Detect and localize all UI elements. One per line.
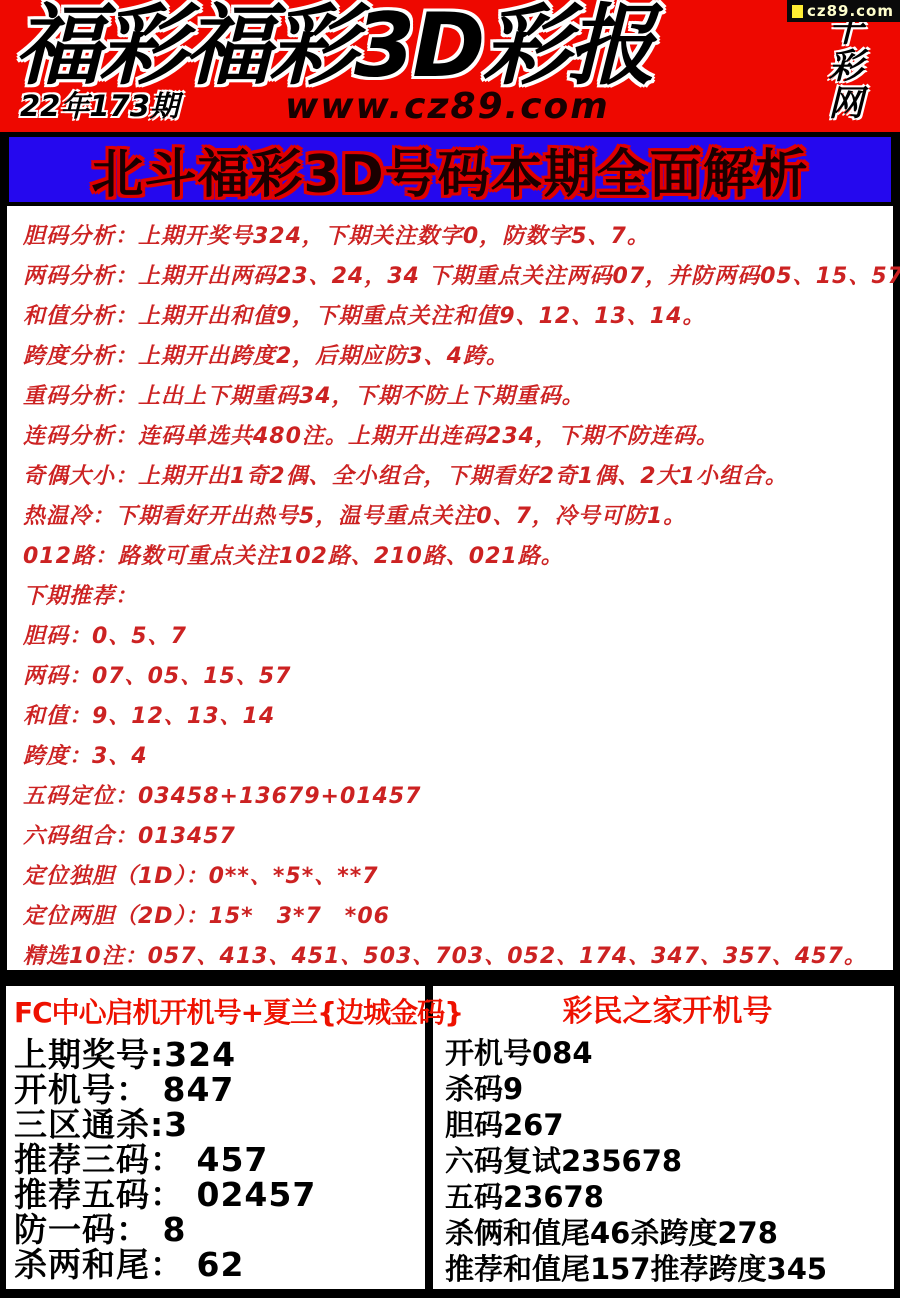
analysis-line: 五码定位：03458+13679+01457 — [23, 777, 887, 817]
fc-line: 上期奖号:324 — [14, 1037, 423, 1072]
vertical-site-name: 千 彩 网 — [816, 12, 876, 123]
caimin-column: 彩民之家开机号 开机号084 杀码9 胆码267 六码复试235678 五码23… — [433, 986, 894, 1289]
banner-title: 北斗福彩3D号码本期全面解析 — [91, 132, 808, 207]
analysis-line: 奇偶大小：上期开出1奇2偶、全小组合，下期看好2奇1偶、2大1小组合。 — [23, 457, 887, 497]
badge-square-icon — [792, 5, 803, 18]
site-badge: cz89.com — [787, 0, 900, 22]
caimin-line: 推荐和值尾157推荐跨度345 — [445, 1251, 890, 1287]
analysis-line: 跨度分析：上期开出跨度2，后期应防3、4跨。 — [23, 337, 887, 377]
fc-column-header: FC中心启机开机号+夏兰{边城金码} — [14, 989, 423, 1037]
analysis-line: 跨度：3、4 — [23, 737, 887, 777]
fc-line: 推荐三码： 457 — [14, 1142, 423, 1177]
analysis-line: 定位独胆（1D）：0**、*5*、**7 — [23, 857, 887, 897]
caimin-line: 杀俩和值尾46杀跨度278 — [445, 1215, 890, 1251]
analysis-line: 连码分析：连码单选共480注。上期开出连码234，下期不防连码。 — [23, 417, 887, 457]
analysis-line: 012路：路数可重点关注102路、210路、021路。 — [23, 537, 887, 577]
caimin-line: 六码复试235678 — [445, 1143, 890, 1179]
section-banner: 北斗福彩3D号码本期全面解析 — [5, 133, 895, 206]
caimin-line: 开机号084 — [445, 1035, 890, 1071]
fc-line: 三区通杀:3 — [14, 1107, 423, 1142]
fc-line: 推荐五码： 02457 — [14, 1177, 423, 1212]
caimin-column-header: 彩民之家开机号 — [445, 989, 890, 1035]
analysis-line: 重码分析：上出上下期重码34，下期不防上下期重码。 — [23, 377, 887, 417]
caimin-line: 五码23678 — [445, 1179, 890, 1215]
analysis-line: 和值：9、12、13、14 — [23, 697, 887, 737]
analysis-line: 胆码分析：上期开奖号324，下期关注数字0，防数字5、7。 — [23, 217, 887, 257]
analysis-line: 定位两胆（2D）：15* 3*7 *06 — [23, 897, 887, 937]
fc-line: 杀两和尾： 62 — [14, 1247, 423, 1282]
caimin-line: 杀码9 — [445, 1071, 890, 1107]
fc-center-column: FC中心启机开机号+夏兰{边城金码} 上期奖号:324 开机号： 847 三区通… — [6, 986, 433, 1289]
analysis-line: 下期推荐： — [23, 577, 887, 617]
fc-line: 开机号： 847 — [14, 1072, 423, 1107]
vertical-char: 网 — [816, 86, 876, 123]
lottery-broadsheet: cz89.com 福彩福彩3D彩报 22年173期 www.cz89.com 千… — [0, 0, 900, 1298]
analysis-line: 六码组合：013457 — [23, 817, 887, 857]
analysis-box: 胆码分析：上期开奖号324，下期关注数字0，防数字5、7。 两码分析：上期开出两… — [0, 206, 900, 970]
analysis-line: 两码分析：上期开出两码23、24，34 下期重点关注两码07，并防两码05、15… — [23, 257, 887, 297]
vertical-char: 彩 — [816, 49, 876, 86]
analysis-line: 和值分析：上期开出和值9，下期重点关注和值9、12、13、14。 — [23, 297, 887, 337]
analysis-line: 胆码：0、5、7 — [23, 617, 887, 657]
badge-site-label: cz89.com — [807, 2, 894, 20]
bottom-section: FC中心启机开机号+夏兰{边城金码} 上期奖号:324 开机号： 847 三区通… — [0, 986, 900, 1298]
section-divider — [0, 970, 900, 986]
site-url: www.cz89.com — [285, 86, 610, 127]
paper-title: 福彩福彩3D彩报 — [14, 0, 794, 96]
fc-line: 防一码： 8 — [14, 1212, 423, 1247]
caimin-line: 胆码267 — [445, 1107, 890, 1143]
analysis-line: 热温冷：下期看好开出热号5，温号重点关注0、7，冷号可防1。 — [23, 497, 887, 537]
issue-number: 22年173期 — [20, 84, 179, 125]
analysis-line: 两码：07、05、15、57 — [23, 657, 887, 697]
masthead: cz89.com 福彩福彩3D彩报 22年173期 www.cz89.com 千… — [0, 0, 900, 132]
